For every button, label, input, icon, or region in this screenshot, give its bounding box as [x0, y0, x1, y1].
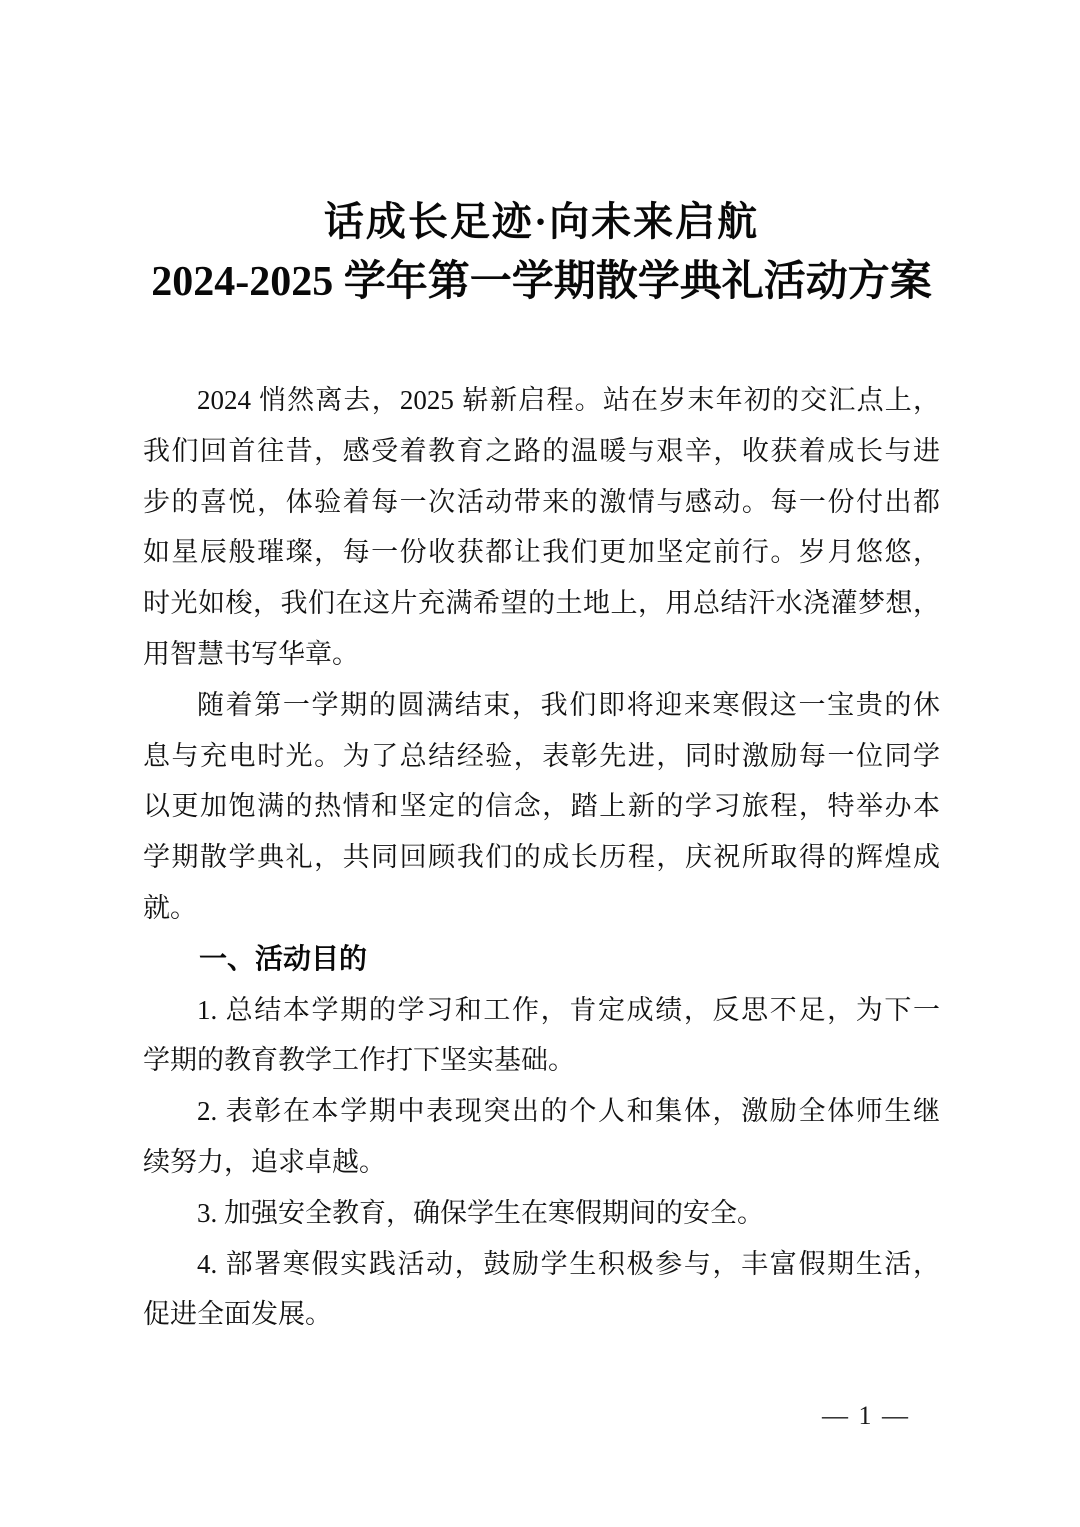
body-line: 4. 部署寒假实践活动，鼓励学生积极参与，丰富假期生活， [143, 1239, 940, 1290]
document-title-line-1: 话成长足迹·向未来启航 [143, 191, 940, 252]
body-line: 学期的教育教学工作打下坚实基础。 [143, 1035, 940, 1086]
paragraph: 2. 表彰在本学期中表现突出的个人和集体，激励全体师生继续努力，追求卓越。 [143, 1086, 940, 1188]
body-line: 时光如梭，我们在这片充满希望的土地上，用总结汗水浇灌梦想， [143, 578, 940, 629]
page-number: — 1 — [822, 1401, 910, 1431]
body-line: 2. 表彰在本学期中表现突出的个人和集体，激励全体师生继 [143, 1086, 940, 1137]
paragraph: 4. 部署寒假实践活动，鼓励学生积极参与，丰富假期生活，促进全面发展。 [143, 1239, 940, 1341]
document-title-line-2: 2024-2025 学年第一学期散学典礼活动方案 [143, 252, 940, 313]
body-line: 3. 加强安全教育，确保学生在寒假期间的安全。 [143, 1188, 940, 1239]
body-line: 以更加饱满的热情和坚定的信念，踏上新的学习旅程，特举办本 [143, 781, 940, 832]
document-content: 话成长足迹·向未来启航 2024-2025 学年第一学期散学典礼活动方案 202… [0, 0, 1080, 1340]
paragraph: 2024 悄然离去，2025 崭新启程。站在岁末年初的交汇点上，我们回首往昔，感… [143, 375, 940, 680]
body-line: 随着第一学期的圆满结束，我们即将迎来寒假这一宝贵的休 [143, 680, 940, 731]
paragraph: 1. 总结本学期的学习和工作，肯定成绩，反思不足，为下一学期的教育教学工作打下坚… [143, 985, 940, 1087]
body-line: 促进全面发展。 [143, 1289, 940, 1340]
body-line: 学期散学典礼，共同回顾我们的成长历程，庆祝所取得的辉煌成 [143, 832, 940, 883]
body-line: 我们回首往昔，感受着教育之路的温暖与艰辛，收获着成长与进 [143, 426, 940, 477]
body-line: 续努力，追求卓越。 [143, 1137, 940, 1188]
body-line: 步的喜悦，体验着每一次活动带来的激情与感动。每一份付出都 [143, 477, 940, 528]
document-body: 2024 悄然离去，2025 崭新启程。站在岁末年初的交汇点上，我们回首往昔，感… [143, 375, 940, 1340]
body-line: 就。 [143, 883, 940, 934]
body-line: 用智慧书写华章。 [143, 629, 940, 680]
section-heading: 一、活动目的 [143, 934, 940, 985]
body-line: 2024 悄然离去，2025 崭新启程。站在岁末年初的交汇点上， [143, 375, 940, 426]
paragraph: 3. 加强安全教育，确保学生在寒假期间的安全。 [143, 1188, 940, 1239]
paragraph: 随着第一学期的圆满结束，我们即将迎来寒假这一宝贵的休息与充电时光。为了总结经验，… [143, 680, 940, 934]
body-line: 1. 总结本学期的学习和工作，肯定成绩，反思不足，为下一 [143, 985, 940, 1036]
document-title: 话成长足迹·向未来启航 2024-2025 学年第一学期散学典礼活动方案 [143, 0, 940, 313]
document-page: 话成长足迹·向未来启航 2024-2025 学年第一学期散学典礼活动方案 202… [0, 0, 1080, 1527]
body-line: 如星辰般璀璨，每一份收获都让我们更加坚定前行。岁月悠悠， [143, 527, 940, 578]
body-line: 息与充电时光。为了总结经验，表彰先进，同时激励每一位同学 [143, 731, 940, 782]
